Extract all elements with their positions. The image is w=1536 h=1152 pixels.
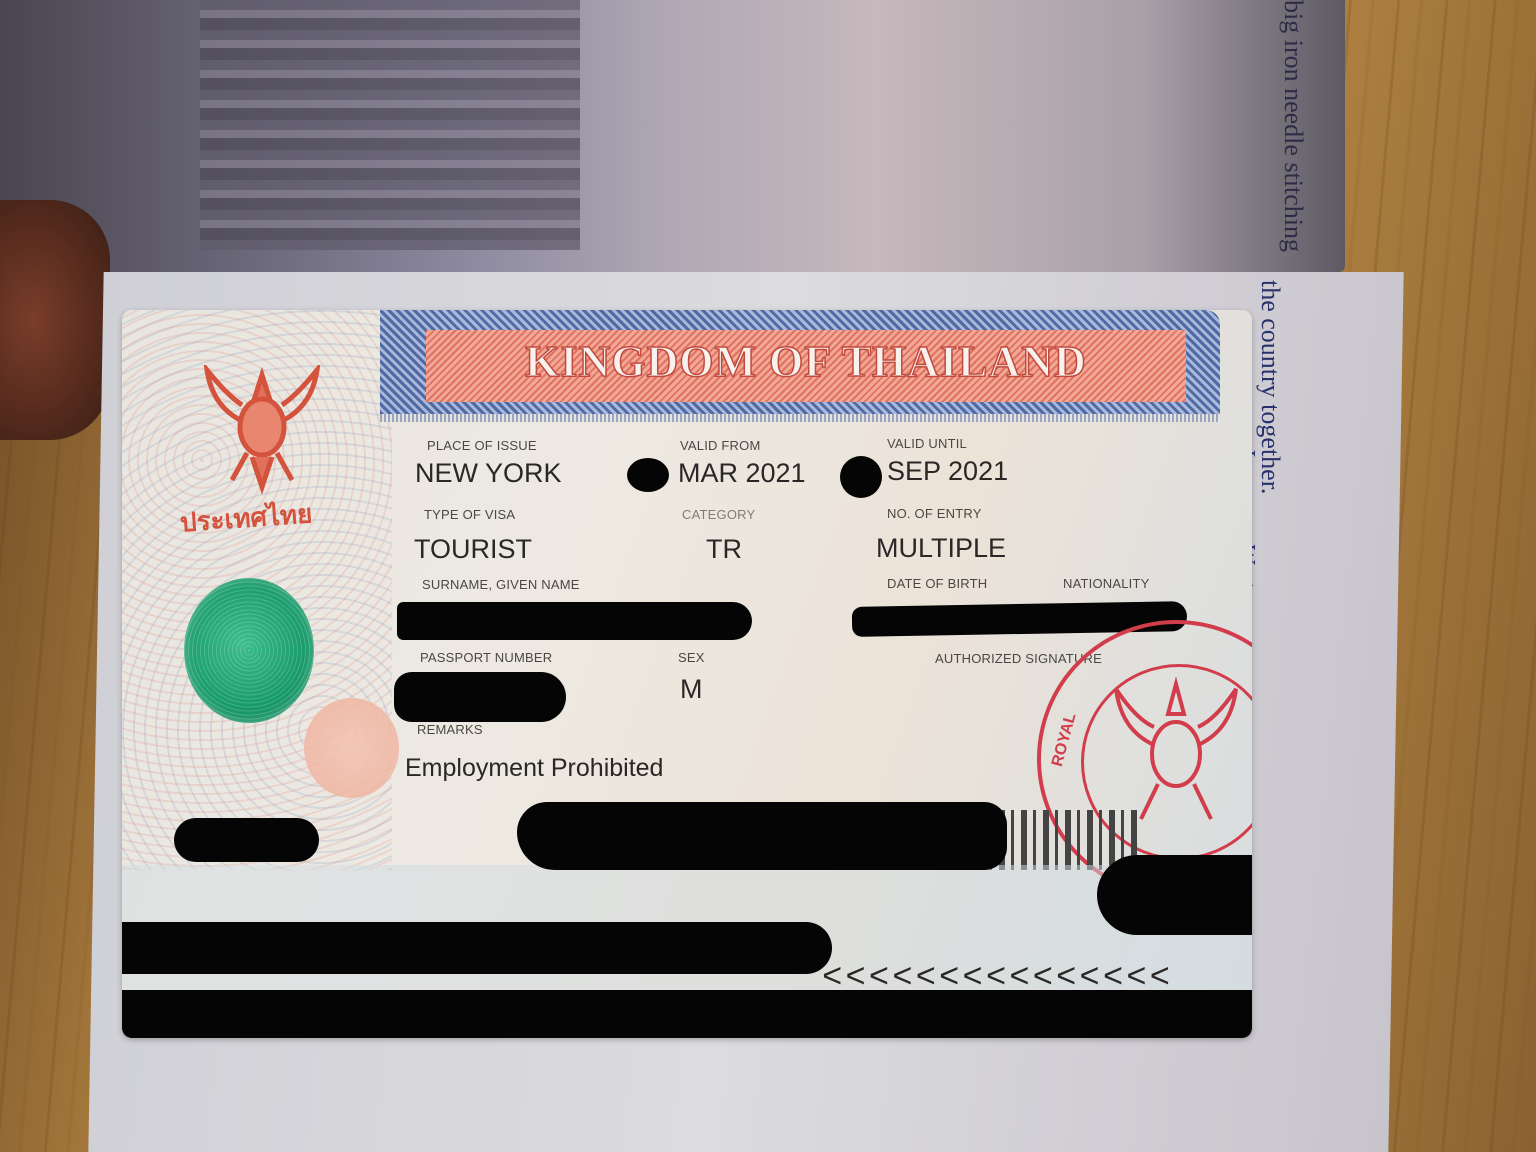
barcode-data-redaction [517, 802, 1007, 870]
surname-given-name-label: SURNAME, GIVEN NAME [422, 577, 580, 592]
date-of-birth-label: DATE OF BIRTH [887, 576, 987, 591]
visa-header-title: KINGDOM OF THAILAND [426, 336, 1186, 387]
passport-number-redaction [394, 672, 566, 722]
facing-page-rotated-text: big iron needle stitching [1278, 0, 1308, 252]
passport-number-label: PASSPORT NUMBER [420, 650, 552, 665]
place-of-issue-label: PLACE OF ISSUE [427, 438, 537, 453]
mrz-line1-redaction [122, 922, 832, 974]
name-redaction [397, 602, 752, 640]
redaction-mark [627, 458, 669, 492]
remarks-value: Employment Prohibited [405, 754, 663, 783]
type-of-visa-value: TOURIST [414, 534, 532, 565]
redaction-mark [840, 456, 882, 498]
corner-redaction [1097, 855, 1252, 935]
pink-security-seal [304, 698, 399, 798]
holding-finger [0, 200, 110, 440]
remarks-label: REMARKS [417, 722, 483, 737]
hologram-seal [184, 578, 314, 723]
visa-number-redaction [174, 818, 319, 862]
passport-facing-page [0, 0, 1345, 272]
sex-value: M [680, 674, 703, 705]
place-of-issue-value: NEW YORK [415, 458, 562, 489]
no-of-entry-value: MULTIPLE [876, 533, 1006, 564]
side-quote-text: the country together. [1255, 280, 1285, 587]
microprint-line [380, 414, 1220, 422]
type-of-visa-label: TYPE OF VISA [424, 507, 515, 522]
facing-page-illustration [200, 0, 580, 250]
stamp-royal-text: ROYAL [1049, 711, 1081, 768]
mrz-line2-redaction [122, 990, 1252, 1038]
valid-until-label: VALID UNTIL [887, 436, 967, 451]
valid-until-value: SEP 2021 [887, 456, 1008, 487]
nationality-label: NATIONALITY [1063, 576, 1149, 591]
category-value: TR [706, 534, 742, 565]
sex-label: SEX [678, 650, 705, 665]
no-of-entry-label: NO. OF ENTRY [887, 506, 982, 521]
thailand-visa-sticker: ประเทศไทย KINGDOM OF THAILAND PLACE OF I… [122, 310, 1252, 1038]
category-label: CATEGORY [682, 507, 755, 522]
valid-from-value: MAR 2021 [678, 458, 806, 489]
valid-from-label: VALID FROM [680, 438, 761, 453]
visa-header-title-plate: KINGDOM OF THAILAND [426, 330, 1186, 402]
garuda-emblem-icon [192, 365, 332, 495]
visa-header-band: KINGDOM OF THAILAND [380, 310, 1220, 414]
